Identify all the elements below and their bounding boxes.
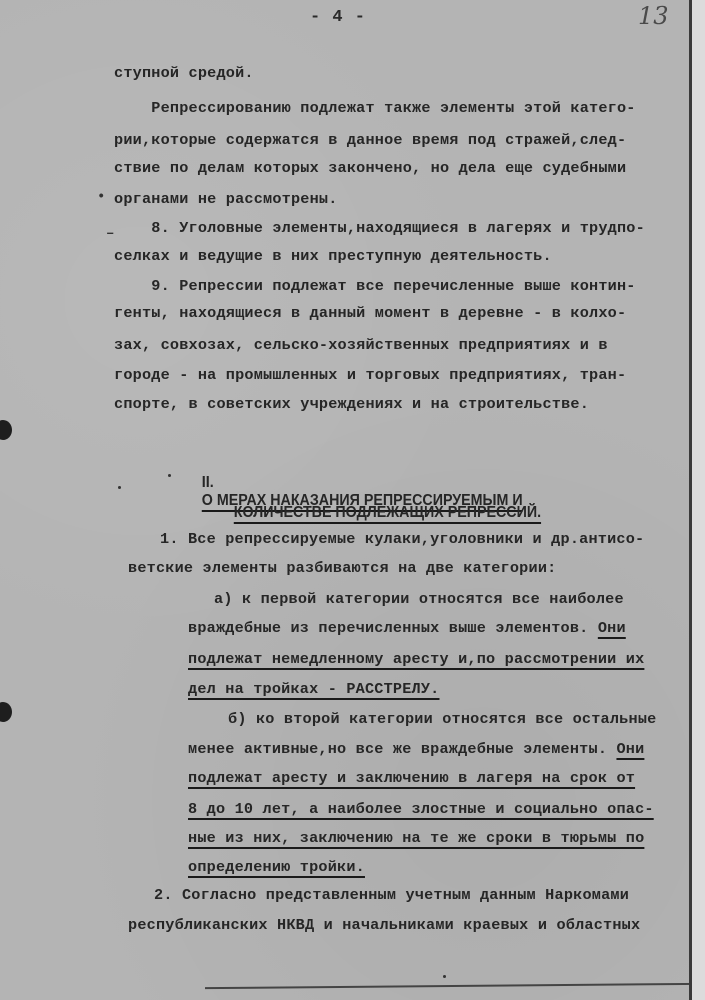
text-line: 8. Уголовные элементы,находящиеся в лаге…: [114, 219, 645, 237]
text-line: зах, совхозах, сельско-хозяйственных пре…: [114, 336, 608, 354]
text-line: б) ко второй категории относятся все ост…: [228, 710, 656, 728]
page-fold-line: [205, 983, 700, 989]
text-line: а) к первой категории относятся все наиб…: [214, 590, 624, 608]
text-line: 9. Репрессии подлежат все перечисленные …: [114, 277, 636, 295]
text-line: ветские элементы разбиваются на две кате…: [128, 559, 556, 577]
text-line: ступной средой.: [114, 64, 254, 82]
ink-speck: [168, 474, 171, 477]
page-number: - 4 -: [310, 8, 366, 27]
underlined-text-line: дел на тройках - РАССТРЕЛУ.: [188, 680, 439, 698]
handwritten-folio-number: 13: [638, 2, 669, 30]
underlined-text-line: подлежат немедленному аресту и,по рассмо…: [188, 650, 644, 668]
document-page: - 4 - 13 ступной средой. Репрессированию…: [0, 0, 690, 1000]
ink-speck: [118, 486, 121, 489]
text-line: ствие по делам которых закончено, но дел…: [114, 159, 626, 177]
text-line: 1. Все репрессируемые кулаки,уголовники …: [160, 530, 644, 548]
underlined-text: Они: [598, 619, 626, 637]
scan-margin: [692, 0, 705, 1000]
punch-hole-icon: [0, 420, 12, 440]
text-line: менее активные,но все же враждебные элем…: [188, 740, 644, 758]
text-line: городе - на промышленных и торговых пред…: [114, 366, 626, 384]
text-line: 2. Согласно представленным учетным данны…: [154, 886, 629, 904]
underlined-text-line: подлежат аресту и заключению в лагеря на…: [188, 769, 635, 787]
underlined-text: Они: [616, 740, 644, 758]
margin-mark: •: [97, 189, 105, 205]
punch-hole-icon: [0, 702, 12, 722]
ink-speck: [443, 975, 446, 978]
text-line: рии,которые содержатся в данное время по…: [114, 131, 626, 149]
text-line: республиканских НКВД и начальниками крае…: [128, 916, 640, 934]
text-line: селках и ведущие в них преступную деятел…: [114, 247, 552, 265]
section-title-line-2: КОЛИЧЕСТВЕ ПОДЛЕЖАЩИХ РЕПРЕССИЙ.: [234, 504, 541, 521]
text-line: Репрессированию подлежат также элементы …: [114, 99, 636, 117]
underlined-text-line: определению тройки.: [188, 858, 365, 876]
underlined-text-line: 8 до 10 лет, а наиболее злостные и социа…: [188, 800, 654, 818]
text-line: враждебные из перечисленных выше элемент…: [188, 619, 626, 637]
text-line: спорте, в советских учреждениях и на стр…: [114, 395, 589, 413]
text-line: органами не рассмотрены.: [114, 190, 338, 208]
underlined-text-line: ные из них, заключению на те же сроки в …: [188, 829, 644, 847]
text-line: генты, находящиеся в данный момент в дер…: [114, 304, 626, 322]
